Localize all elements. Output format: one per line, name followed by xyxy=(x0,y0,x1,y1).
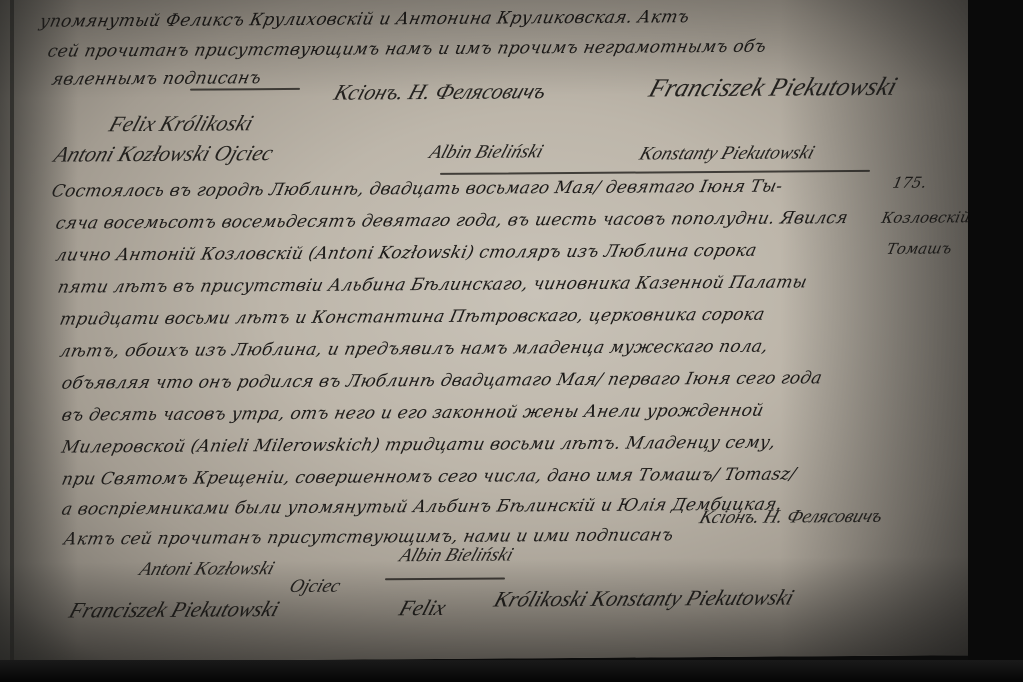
margin-surname: Козловскій xyxy=(880,208,972,227)
text-line-body-6: лѣтъ, обоихъ изъ Люблина, и предъявилъ н… xyxy=(58,337,770,362)
signature-albin-bielinski: Albin Bieliński xyxy=(426,141,546,164)
margin-entry-number: 175. xyxy=(891,174,928,192)
signature-franciszek-piekutowski: Franciszek Piekutowski xyxy=(645,72,901,104)
text-line-body-12: Актъ сей прочитанъ присутствующимъ, нами… xyxy=(62,525,675,549)
signature-felix-bottom: Felix xyxy=(396,595,450,621)
text-line-top-2: сей прочитанъ присутствующимъ намъ и имъ… xyxy=(46,37,768,62)
signature-antoni-kozlowski-ojciec: Antoni Kozłowski Ojciec xyxy=(51,140,277,168)
text-line-body-7: объявляя что онъ родился въ Люблинѣ двад… xyxy=(60,368,824,393)
signature-albin-bielinski-bottom: Albin Bieliński xyxy=(396,544,516,567)
text-line-body-4: пяти лѣтъ въ присутствіи Альбина Бѣлинск… xyxy=(56,272,809,297)
signature-priest-closing: Ксіонъ. Н. Фелясовичъ xyxy=(696,506,885,529)
text-line-top-3: явленнымъ подписанъ xyxy=(50,68,263,89)
document-page: упомянутый Феликсъ Крулиховскій и Антони… xyxy=(0,0,975,662)
signature-konstanty-piekutowski: Konstanty Piekutowski xyxy=(636,142,817,165)
underline-stroke xyxy=(385,577,505,580)
signature-krolikoski-konstanty-piekutowski: Królikoski Konstanty Piekutowski xyxy=(491,584,798,612)
text-line-body-11: а воспріемниками были упомянутый Альбинъ… xyxy=(60,495,784,520)
text-line-body-1: Состоялось въ городѣ Люблинѣ, двадцать в… xyxy=(50,177,785,202)
text-line-body-8: въ десять часовъ утра, отъ него и его за… xyxy=(60,401,766,426)
text-line-top-1: упомянутый Феликсъ Крулиховскій и Антони… xyxy=(38,7,691,32)
signature-felix-krolikoski: Felix Królikoski xyxy=(106,110,257,137)
margin-given-name: Томашъ xyxy=(885,239,953,257)
photo-background-right xyxy=(968,0,1023,682)
text-line-body-5: тридцати восьми лѣтъ и Константина Пѣтро… xyxy=(58,305,767,330)
page-binding-edge xyxy=(10,0,14,662)
text-line-body-9: Милеровской (Anieli Milerowskich) тридца… xyxy=(60,433,778,458)
photo-background-bottom xyxy=(0,660,1023,682)
text-line-body-3: лично Антоній Козловскій (Antoni Kozłows… xyxy=(54,241,759,266)
underline-stroke xyxy=(440,170,870,175)
signature-priest-top: Ксіонъ. Н. Фелясовичъ xyxy=(331,78,550,106)
text-line-body-10: при Святомъ Крещеніи, совершенномъ сего … xyxy=(60,464,798,489)
signature-antoni-kozlowski: Antoni Kozłowski xyxy=(136,558,277,581)
signature-ojciec-label: Ojciec xyxy=(286,576,343,598)
text-line-body-2: сяча восемьсотъ восемьдесятъ девятаго го… xyxy=(54,208,850,234)
underline-stroke xyxy=(190,88,300,91)
signature-franciszek-piekutowski-bottom: Franciszek Piekutowski xyxy=(66,596,283,624)
